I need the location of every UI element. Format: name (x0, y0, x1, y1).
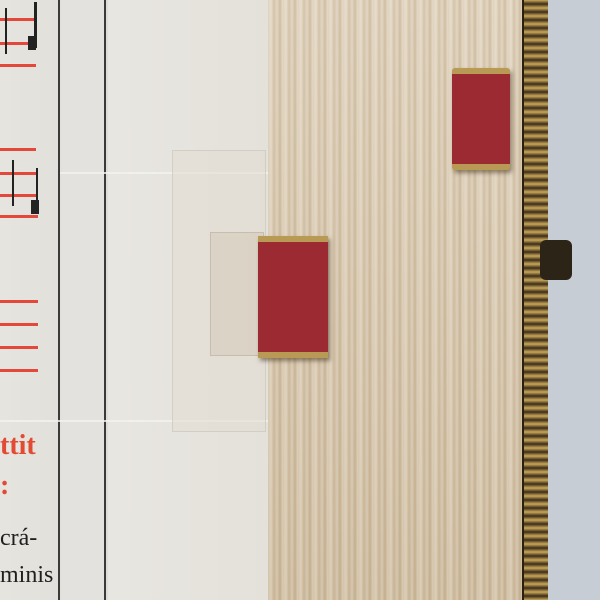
red-rubric-mark: : (0, 470, 9, 502)
staff-line (0, 172, 38, 175)
background (548, 0, 600, 600)
music-note (31, 200, 39, 214)
staff-line (0, 64, 36, 67)
page-margin (62, 0, 106, 600)
staff-line (0, 148, 36, 151)
staff-line (0, 194, 38, 197)
body-text: crá- (0, 525, 37, 552)
translucent-tab-mount (210, 232, 264, 356)
staff-line (0, 323, 38, 326)
page-rule-line (104, 0, 106, 600)
staff-line (0, 369, 38, 372)
staff-line (0, 346, 38, 349)
body-text: minis (0, 562, 53, 589)
red-leather-tab (452, 68, 510, 170)
music-note (5, 8, 7, 54)
red-rubric-text: ttit (0, 430, 36, 462)
clasp (540, 240, 572, 280)
music-note (12, 160, 14, 206)
staff-line (0, 215, 38, 218)
red-leather-tab (258, 236, 328, 358)
music-note (28, 36, 36, 50)
page-rule-line (58, 0, 60, 600)
staff-line (0, 300, 38, 303)
